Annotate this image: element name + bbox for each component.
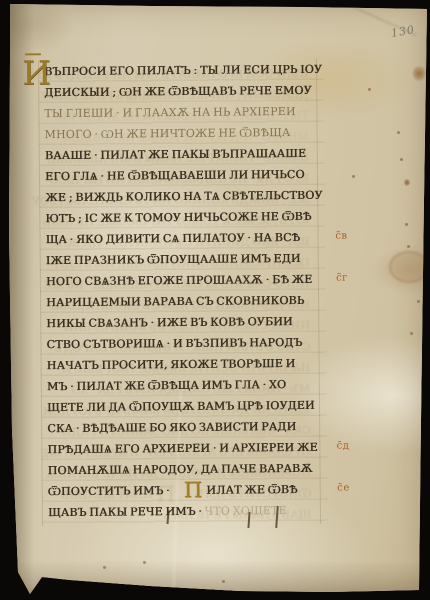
text-line: въпроси его пилатъ : ты ли еси црь іоу <box>44 59 314 82</box>
text-line: деискыи ; ѡн же ѿвѣщавъ рече емоу <box>44 80 314 103</box>
margin-section-number: с̃г <box>336 268 348 289</box>
parchment-page: 130 въпроси его пилатъ : ты ли еси црь і… <box>0 0 430 600</box>
text-line: начатъ просити, якоже творѣше и <box>47 353 317 376</box>
text-line: же ; виждь колико на тѧ свѣтельствоу <box>45 185 315 208</box>
folio-number: 130 <box>390 23 416 40</box>
text-line: поманѫшѧ народоу, да паче варавѫ <box>47 458 317 481</box>
stain <box>413 65 425 82</box>
margin-section-number: с̃д <box>337 436 350 457</box>
speck <box>405 223 408 226</box>
text-line: вааше · пилат же пакы въпрашааше <box>45 143 315 166</box>
text-line: прѣдашѧ его архиереи · и архіереи жес̃д <box>47 437 317 460</box>
speck <box>352 175 355 178</box>
stain <box>389 251 429 283</box>
text-line: много · ѡн же ничтоже не ѿвѣща <box>45 122 315 145</box>
speck <box>103 566 106 569</box>
speck <box>368 88 371 91</box>
stain <box>404 179 410 186</box>
drop-cap-initial: И <box>22 56 51 90</box>
speck <box>410 332 413 335</box>
text-line: никы свѧзанъ · иже въ ковѣ оубии <box>46 311 316 334</box>
text-line: іже празникъ ѿпоущааше имъ еди <box>46 248 316 271</box>
manuscript-photo: 130 въпроси его пилатъ : ты ли еси црь і… <box>0 0 430 600</box>
text-line: его глѧ · не ѿвѣщаваеши ли ничьсо <box>45 164 315 187</box>
page-edge-shadow <box>0 560 430 600</box>
text-line: мъ · пилат же ѿвѣща имъ гла · хо <box>47 374 317 397</box>
text-block: въпроси его пилатъ : ты ли еси црь іоуде… <box>44 59 318 523</box>
speck <box>407 245 410 248</box>
text-line: ща · яко дивити сѧ пилатоу · на всѣс̃в <box>45 227 315 250</box>
text-line: щете ли да ѿпоущѫ вамъ црѣ іоудеи <box>47 395 317 418</box>
speck <box>417 300 420 303</box>
text-line: ного свѧзнѣ егоже прошаахѫ · бѣ жес̃г <box>46 269 316 292</box>
margin-section-number: с̃е <box>337 478 350 499</box>
text-line: ѿпоуститъ имъ ·Пилат же ѿвѣс̃е <box>48 479 318 502</box>
text-line: ты глеши · и глаахѫ на нь архіереи <box>44 101 314 124</box>
text-line: нарицаемыи варава съ сковниковь <box>46 290 316 313</box>
text-line: ютъ ; іс же к томоу ничьсоже не ѿвѣ <box>45 206 315 229</box>
speck <box>397 131 400 134</box>
speck <box>400 158 403 161</box>
speck <box>222 580 225 583</box>
text-line: ска · вѣдѣаше бо яко зависти ради <box>47 416 317 439</box>
margin-section-number: с̃в <box>335 226 347 247</box>
text-line: ство сътворишѧ · и възпивъ народъ <box>46 332 316 355</box>
text-lines: въпроси его пилатъ : ты ли еси црь іоуде… <box>44 59 318 523</box>
speck <box>143 561 146 564</box>
